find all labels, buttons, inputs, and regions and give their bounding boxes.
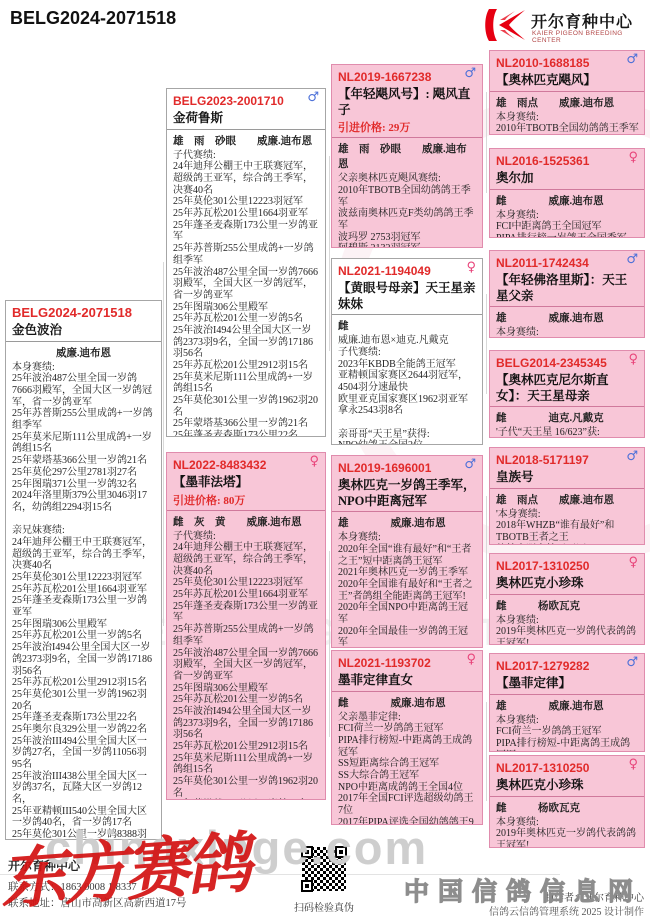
female-symbol: ♀ <box>628 557 638 569</box>
box-breeder: 雄 雨点 威廉.迪布恩 <box>490 489 644 507</box>
box-code: NL2021-1193702 <box>338 656 431 670</box>
box-results: 子代赛绩: 24年迪拜公棚王中王联赛冠军，超级鸽王亚军，综合鸽王季军，决赛40名… <box>167 148 325 437</box>
pedigree-box-mother: NL2022-8483432 ♀ 【墨菲法塔】 引进价格: 80万 雌 灰 黄 … <box>166 452 326 800</box>
box-results: 本身赛绩: FCI中距离鸽王全国冠军 PIPA排行榜一岁鸽王全国季军 FCI全能… <box>490 208 644 238</box>
pedigree-certificate: BELG2024-2071518 开尔育种中心 KAIER PIGEON BRE… <box>0 0 650 919</box>
price-label: 引进价格: 80万 <box>173 492 319 508</box>
kaier-logo-icon <box>481 8 527 42</box>
pedigree-box-gp1: NL2019-1667238 ♂ 【年轻飓风号】: 飓风直子 引进价格: 29万… <box>331 64 483 248</box>
box-results: 本身赛绩: 米嫩808羽冠军 贝洛尼311羽冠军，4960羽殿军 <box>490 325 644 338</box>
watermark-calligraphy: 东方赛鸽 <box>0 831 250 914</box>
box-breeder: 雄 雨 砂眼 威廉.迪布恩 <box>167 130 325 148</box>
box-breeder: 雌 威廉.迪布恩 <box>332 692 482 710</box>
male-symbol: ♂ <box>626 54 638 66</box>
box-name: 金色波治 <box>12 323 155 339</box>
box-results: 父亲奥林匹克飓风赛绩: 2010年TBOTB全国幼鸽鸽王季军 波兹南奥林匹克F类… <box>332 171 482 248</box>
pedigree-box-gp3: NL2019-1696001 ♂ 奥林匹克一岁鸽王季军，NPO中距离冠军 雄 威… <box>331 455 483 648</box>
box-results: 本身赛绩: 2019年奥林匹克一岁鸽代表鸽鸽王冠军! 奥林匹克代表鸽一岁鸽王世界… <box>490 613 644 645</box>
box-results: 本身赛绩: 25年波治487公里全国一岁鸽7666羽殿军，全国大区一岁鸽冠军，省… <box>6 360 161 840</box>
box-breeder: 雌 杨欧瓦克 <box>490 797 644 815</box>
pedigree-connector <box>329 551 330 737</box>
box-name: 墨菲定律直女 <box>338 673 476 689</box>
box-results: 本身赛绩: 2020年全国“谁有最好”和“王者之王”短中距离鸽王冠军 2021年… <box>332 530 482 648</box>
box-results: 父亲墨菲定律: FCI荷兰一岁鸽鸽王冠军 PIPA排行榜短-中距离鸽王成鸽冠军 … <box>332 710 482 825</box>
box-name: 奥林匹克一岁鸽王季军，NPO中距离冠军 <box>338 478 476 509</box>
box-name: 【年轻佛洛里斯】：天王星父亲 <box>496 273 638 304</box>
female-symbol: ♀ <box>628 759 638 771</box>
box-breeder: 威廉.迪布恩 <box>6 342 161 360</box>
qr-label: 扫码检验真伪 <box>288 899 360 914</box>
watermark-chinaxinge-cn: 中国信鸽信息网 <box>404 872 642 908</box>
box-code: BELG2014-2345345 <box>496 356 607 370</box>
pedigree-box-father: BELG2023-2001710 ♂ 金荷鲁斯 雄 雨 砂眼 威廉.迪布恩 子代… <box>166 88 326 437</box>
pedigree-box-ggp2: NL2016-1525361 ♀ 奥尔加 雌 威廉.迪布恩 本身赛绩: FCI中… <box>489 148 645 238</box>
box-results: '子代“天王星 16/623”获: NPO幼鸽鸽王亚军 PIPA幼鸽鸽王亚军 <box>490 425 644 438</box>
box-code: BELG2024-2071518 <box>12 305 132 320</box>
qr-finder-icon <box>301 880 313 892</box>
box-breeder: 雌 杨欧瓦克 <box>490 595 644 613</box>
pedigree-connector <box>329 156 330 351</box>
pedigree-box-ggp4: BELG2014-2345345 ♀ 【奥林匹克尼尔斯直女】：天王星母亲 雌 迪… <box>489 350 645 438</box>
box-breeder: 雄 威廉.迪布恩 <box>332 512 482 530</box>
female-symbol: ♀ <box>466 654 476 666</box>
box-breeder: 雄 雨点 威廉.迪布恩 <box>490 92 644 110</box>
box-name: 【墨菲法塔】 <box>173 475 319 491</box>
male-symbol: ♂ <box>626 254 638 266</box>
box-code: NL2018-5171197 <box>496 453 589 467</box>
box-name: 【奥林匹克尼尔斯直女】：天王星母亲 <box>496 373 638 404</box>
box-code: NL2011-1742434 <box>496 256 589 270</box>
box-results: 子代赛绩: 24年迪拜公棚王中王联赛冠军，超级鸽王亚军，综合鸽王季军，决赛40名… <box>167 529 325 800</box>
female-symbol: ♀ <box>309 456 319 468</box>
box-code: NL2019-1667238 <box>338 70 431 84</box>
pedigree-box-subject: BELG2024-2071518 金色波治 威廉.迪布恩 本身赛绩: 25年波治… <box>5 300 162 840</box>
box-breeder: 雌 迪克.凡戴克 <box>490 407 644 425</box>
box-code: BELG2023-2001710 <box>173 94 284 108</box>
pedigree-box-gp4: NL2021-1193702 ♀ 墨菲定律直女 雌 威廉.迪布恩 父亲墨菲定律:… <box>331 650 483 825</box>
box-code: NL2017-1279282 <box>496 659 589 673</box>
pedigree-connector <box>163 262 164 626</box>
logo-title: 开尔育种中心 <box>531 9 633 32</box>
male-symbol: ♂ <box>626 657 638 669</box>
box-code: NL2019-1696001 <box>338 461 431 475</box>
page-title: BELG2024-2071518 <box>10 8 176 29</box>
box-results: 威廉.迪布恩×迪克.凡戴克 子代赛绩: 2023年KBDB全能鸽王冠军 亚精顿国… <box>332 333 482 445</box>
box-breeder: 雌 灰 黄 威廉.迪布恩 <box>167 511 325 529</box>
box-code: NL2010-1688185 <box>496 56 589 70</box>
male-symbol: ♂ <box>464 459 476 471</box>
pedigree-box-ggp6: NL2017-1310250 ♀ 奥林匹克小珍珠 雌 杨欧瓦克 本身赛绩: 20… <box>489 553 645 645</box>
pedigree-connector <box>486 294 487 394</box>
box-name: 皇族号 <box>496 470 638 486</box>
box-name: 奥尔加 <box>496 171 638 187</box>
price-label: 引进价格: 29万 <box>338 119 476 135</box>
male-symbol: ♂ <box>464 68 476 80</box>
box-results: 本身赛绩: 2010年TBOTB全国幼鸽鸽王季军 波兹南奥林匹克F类幼鸽鸽王季军… <box>490 110 644 135</box>
pedigree-box-ggp7: NL2017-1279282 ♂ 【墨菲定律】 雄 威廉.迪布恩 本身赛绩: F… <box>489 653 645 752</box>
pedigree-connector <box>486 496 487 599</box>
box-breeder: 雌 <box>332 315 482 333</box>
pedigree-box-ggp5: NL2018-5171197 ♂ 皇族号 雄 雨点 威廉.迪布恩 '本身赛绩: … <box>489 447 645 545</box>
box-name: 【年轻飓风号】: 飓风直子 <box>338 87 476 118</box>
box-code: NL2016-1525361 <box>496 154 589 168</box>
box-name: 【墨菲定律】 <box>496 676 638 692</box>
female-symbol: ♀ <box>628 152 638 164</box>
box-name: 【黄眼号母亲】天王星亲妹妹 <box>338 281 476 312</box>
pedigree-connector <box>486 92 487 193</box>
box-name: 奥林匹克小珍珠 <box>496 778 638 794</box>
box-results: 本身赛绩: FCI荷兰一岁鸽鸽王冠军 PIPA排行榜短-中距离鸽王成鸽冠军 <box>490 713 644 752</box>
pedigree-box-gp2: NL2021-1194049 ♀ 【黄眼号母亲】天王星亲妹妹 雌 威廉.迪布恩×… <box>331 258 483 445</box>
box-breeder: 雄 威廉.迪布恩 <box>490 307 644 325</box>
female-symbol: ♀ <box>466 262 476 274</box>
pedigree-box-ggp1: NL2010-1688185 ♂ 【奥林匹克飓风】 雄 雨点 威廉.迪布恩 本身… <box>489 50 645 135</box>
box-name: 金荷鲁斯 <box>173 111 319 127</box>
box-results: '本身赛绩: 2018年WHZB“谁有最好”和TBOTB王者之王 幼鸽中距离鸽王… <box>490 507 644 545</box>
pedigree-connector <box>486 702 487 801</box>
box-code: NL2017-1310250 <box>496 761 589 775</box>
box-name: 【奥林匹克飓风】 <box>496 73 638 89</box>
box-code: NL2022-8483432 <box>173 458 266 472</box>
male-symbol: ♂ <box>626 451 638 463</box>
female-symbol: ♀ <box>628 354 638 366</box>
box-code: NL2017-1310250 <box>496 559 589 573</box>
box-breeder: 雌 威廉.迪布恩 <box>490 190 644 208</box>
box-name: 奥林匹克小珍珠 <box>496 576 638 592</box>
logo-subtitle: KAIER PIGEON BREEDING CENTER <box>532 30 646 44</box>
box-breeder: 雄 威廉.迪布恩 <box>490 695 644 713</box>
male-symbol: ♂ <box>307 92 319 104</box>
box-breeder: 雄 雨 砂眼 威廉.迪布恩 <box>332 138 482 171</box>
kaier-logo: 开尔育种中心 KAIER PIGEON BREEDING CENTER <box>481 6 646 44</box>
box-code: NL2021-1194049 <box>338 264 431 278</box>
pedigree-box-ggp3: NL2011-1742434 ♂ 【年轻佛洛里斯】：天王星父亲 雄 威廉.迪布恩… <box>489 250 645 338</box>
